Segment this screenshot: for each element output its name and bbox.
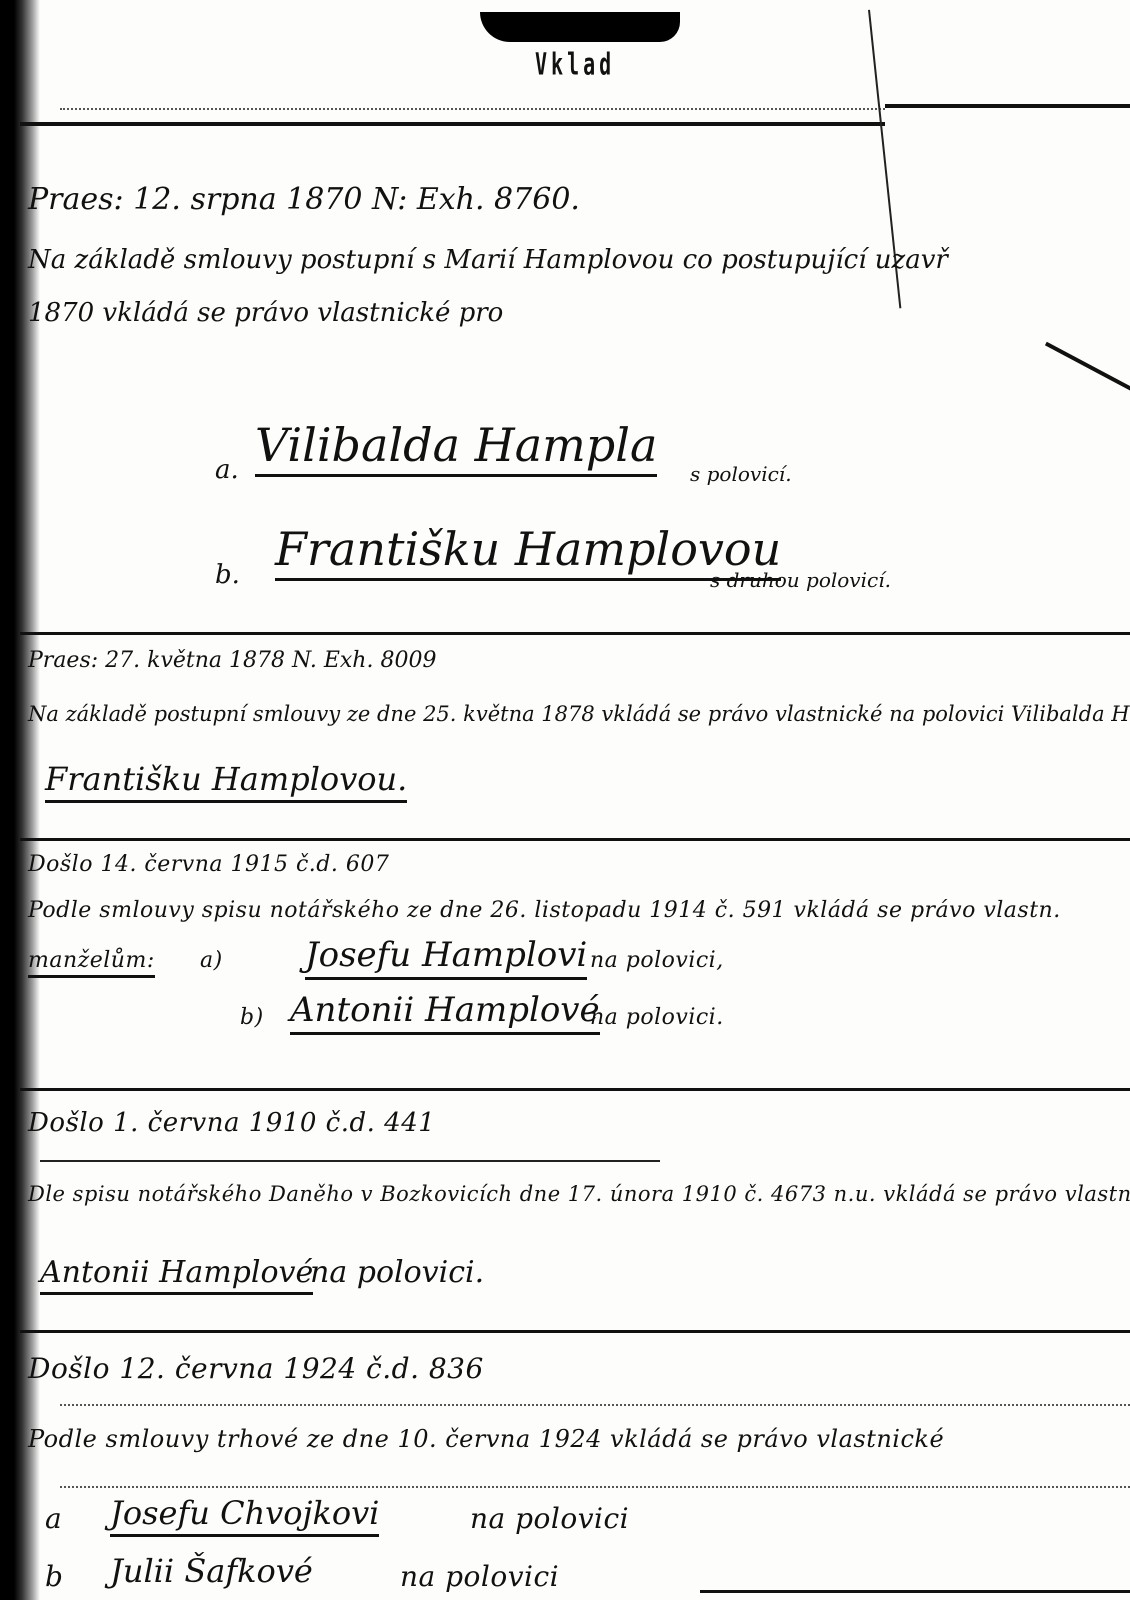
entry-1915-marker-a: a) <box>200 948 223 973</box>
entry-1870-marker-a: a. <box>215 455 239 485</box>
entry-1910-name: Antonii Hamplové <box>40 1255 313 1295</box>
section-header: Vklad <box>535 46 615 82</box>
entry-1878-body: Na základě postupní smlouvy ze dne 25. k… <box>28 702 1130 726</box>
entry-1924-marker-b: b <box>45 1560 63 1593</box>
entry-1915-share-b: na polovici. <box>590 1005 724 1030</box>
entry-rule <box>60 1486 1130 1488</box>
document-page: Vklad Praes: 12. srpna 1870 N: Exh. 8760… <box>0 0 1130 1600</box>
entry-1924-share-a: na polovici <box>470 1502 629 1535</box>
entry-1870-name-a: Vilibalda Hampla <box>255 418 657 477</box>
entry-1915-marker-b: b) <box>240 1005 264 1030</box>
entry-1878-date: Praes: 27. května 1878 N. Exh. 8009 <box>28 648 436 673</box>
margin-mark <box>1045 342 1130 392</box>
entry-1870-date: Praes: 12. srpna 1870 N: Exh. 8760. <box>28 182 580 217</box>
entry-1870-body-2: 1870 vkládá se právo vlastnické pro <box>28 298 503 328</box>
entry-1924-body: Podle smlouvy trhové ze dne 10. června 1… <box>28 1425 944 1453</box>
ink-blot <box>480 12 680 42</box>
entry-1915-body-2: manželům: <box>28 948 155 978</box>
header-dotted-rule <box>60 108 885 110</box>
header-rule-right <box>885 104 1130 108</box>
entry-separator <box>20 632 1130 635</box>
entry-separator <box>700 1590 1130 1593</box>
entry-1924-share-b: na polovici <box>400 1560 559 1593</box>
entry-1870-share-b: s druhou polovicí. <box>710 568 891 592</box>
header-rule <box>20 122 885 126</box>
entry-1910-share: na polovici. <box>310 1255 484 1290</box>
entry-1915-date: Došlo 14. června 1915 č.d. 607 <box>28 852 389 877</box>
entry-1924-marker-a: a <box>45 1502 62 1535</box>
entry-1915-name-b: Antonii Hamplové <box>290 990 600 1035</box>
entry-1878-name: Františku Hamplovou. <box>45 760 407 803</box>
entry-rule <box>40 1160 660 1162</box>
entry-rule <box>60 1404 1130 1406</box>
entry-1870-share-a: s polovicí. <box>690 462 792 486</box>
entry-1870-body-1: Na základě smlouvy postupní s Marií Hamp… <box>28 245 948 275</box>
entry-separator <box>20 1330 1130 1333</box>
entry-1870-name-b: Františku Hamplovou <box>275 522 781 581</box>
entry-1870-marker-b: b. <box>215 560 240 590</box>
entry-1924-name-b: Julii Šafkové <box>110 1552 313 1590</box>
entry-1915-share-a: na polovici, <box>590 948 724 973</box>
entry-1924-date: Došlo 12. června 1924 č.d. 836 <box>28 1352 484 1385</box>
entry-1915-body-1: Podle smlouvy spisu notářského ze dne 26… <box>28 898 1061 923</box>
entry-1910-body: Dle spisu notářského Daněho v Bozkovicíc… <box>28 1182 1130 1206</box>
entry-separator <box>20 838 1130 841</box>
entry-1915-name-a: Josefu Hamplovi <box>305 935 587 980</box>
entry-1910-date: Došlo 1. června 1910 č.d. 441 <box>28 1108 435 1138</box>
entry-1924-name-a: Josefu Chvojkovi <box>110 1494 379 1537</box>
entry-separator <box>20 1088 1130 1091</box>
